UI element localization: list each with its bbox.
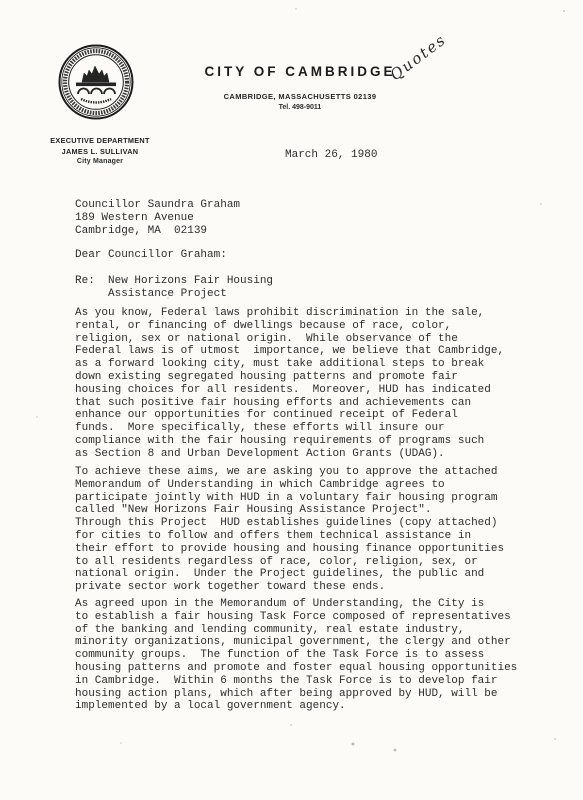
city-of-cambridge-seal-icon bbox=[57, 43, 135, 121]
letterhead-phone: Tel. 498-9011 bbox=[204, 104, 395, 111]
department-block: EXECUTIVE DEPARTMENT JAMES L. SULLIVAN C… bbox=[38, 136, 162, 167]
letterhead-title: CITY OF CAMBRIDGE bbox=[204, 64, 395, 79]
letterhead: CITY OF CAMBRIDGE CAMBRIDGE, MASSACHUSET… bbox=[204, 64, 395, 111]
body-paragraph-1: As you know, Federal laws prohibit discr… bbox=[75, 307, 504, 461]
department-name: EXECUTIVE DEPARTMENT bbox=[38, 136, 162, 147]
handwritten-note: Quotes bbox=[387, 30, 450, 84]
body-paragraph-3: As agreed upon in the Memorandum of Unde… bbox=[75, 598, 517, 713]
letter-date: March 26, 1980 bbox=[285, 149, 377, 162]
letter-page: CITY OF CAMBRIDGE CAMBRIDGE, MASSACHUSET… bbox=[0, 0, 583, 800]
letterhead-address: CAMBRIDGE, MASSACHUSETTS 02139 bbox=[204, 92, 395, 101]
subject-line: Re: New Horizons Fair Housing Assistance… bbox=[75, 275, 273, 301]
manager-name: JAMES L. SULLIVAN bbox=[38, 147, 162, 158]
scan-noise bbox=[0, 0, 2, 2]
recipient-address: Councillor Saundra Graham 189 Western Av… bbox=[75, 199, 240, 237]
body-paragraph-2: To achieve these aims, we are asking you… bbox=[75, 466, 504, 594]
manager-title: City Manager bbox=[38, 157, 162, 167]
salutation: Dear Councillor Graham: bbox=[75, 249, 227, 262]
